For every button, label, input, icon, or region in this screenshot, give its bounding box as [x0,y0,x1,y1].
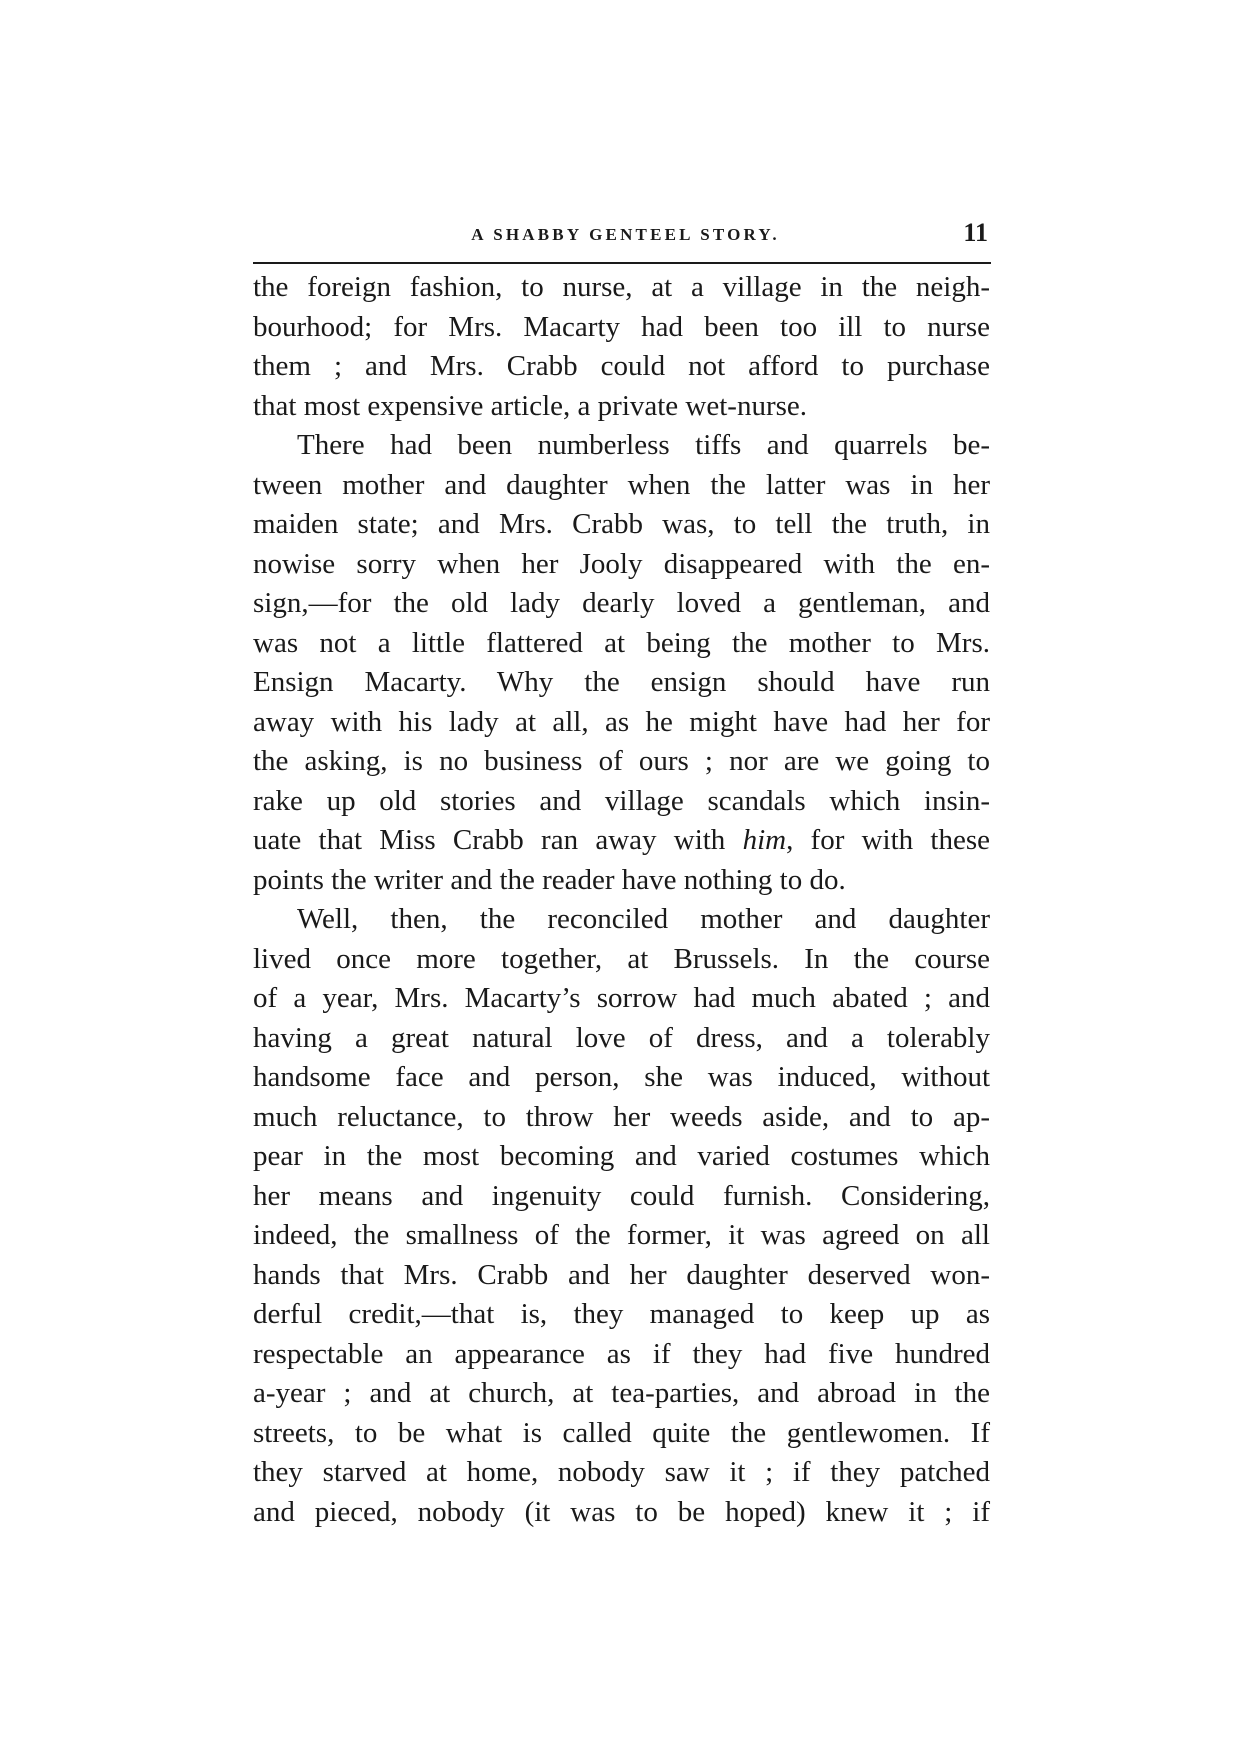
text-line: points the writer and the reader have no… [253,861,990,901]
text-line: tween mother and daughter when the latte… [253,466,990,506]
italic-word: him [743,824,787,856]
text-line: maiden state; and Mrs. Crabb was, to tel… [253,505,990,545]
page-number: 11 [963,220,988,246]
text-line: Well, then, the reconciled mother and da… [253,900,990,940]
text-line: lived once more together, at Brussels. I… [253,940,990,980]
text-line: that most expensive article, a private w… [253,387,990,427]
text-line: they starved at home, nobody saw it ; if… [253,1453,990,1493]
running-head: A SHABBY GENTEEL STORY. 11 [253,222,990,248]
text-line: Ensign Macarty. Why the ensign should ha… [253,663,990,703]
text-line: bourhood; for Mrs. Macarty had been too … [253,308,990,348]
text-line: was not a little flattered at being the … [253,624,990,664]
text-line: much reluctance, to throw her weeds asid… [253,1098,990,1138]
text-line: having a great natural love of dress, an… [253,1019,990,1059]
text-line: uate that Miss Crabb ran away with him, … [253,821,990,861]
text-segment: , for with these [786,824,990,856]
running-title: A SHABBY GENTEEL STORY. [253,224,990,246]
text-line: away with his lady at all, as he might h… [253,703,990,743]
header-rule [253,262,991,264]
text-line: hands that Mrs. Crabb and her daughter d… [253,1256,990,1296]
text-line: derful credit,—that is, they managed to … [253,1295,990,1335]
text-line: respectable an appearance as if they had… [253,1335,990,1375]
text-line: and pieced, nobody (it was to be hoped) … [253,1493,990,1533]
text-line: streets, to be what is called quite the … [253,1414,990,1454]
text-line: the asking, is no business of ours ; nor… [253,742,990,782]
text-line: indeed, the smallness of the former, it … [253,1216,990,1256]
text-segment: uate that Miss Crabb ran away with [253,824,743,856]
text-line: nowise sorry when her Jooly disappeared … [253,545,990,585]
text-line: of a year, Mrs. Macarty’s sorrow had muc… [253,979,990,1019]
body-text: the foreign fashion, to nurse, at a vill… [253,268,990,1532]
text-line: her means and ingenuity could furnish. C… [253,1177,990,1217]
text-line: sign,—for the old lady dearly loved a ge… [253,584,990,624]
text-line: There had been numberless tiffs and quar… [253,426,990,466]
text-line: the foreign fashion, to nurse, at a vill… [253,268,990,308]
text-line: a-year ; and at church, at tea-parties, … [253,1374,990,1414]
text-line: pear in the most becoming and varied cos… [253,1137,990,1177]
text-line: them ; and Mrs. Crabb could not afford t… [253,347,990,387]
text-line: handsome face and person, she was induce… [253,1058,990,1098]
text-line: rake up old stories and village scandals… [253,782,990,822]
book-page: A SHABBY GENTEEL STORY. 11 the foreign f… [0,0,1241,1754]
